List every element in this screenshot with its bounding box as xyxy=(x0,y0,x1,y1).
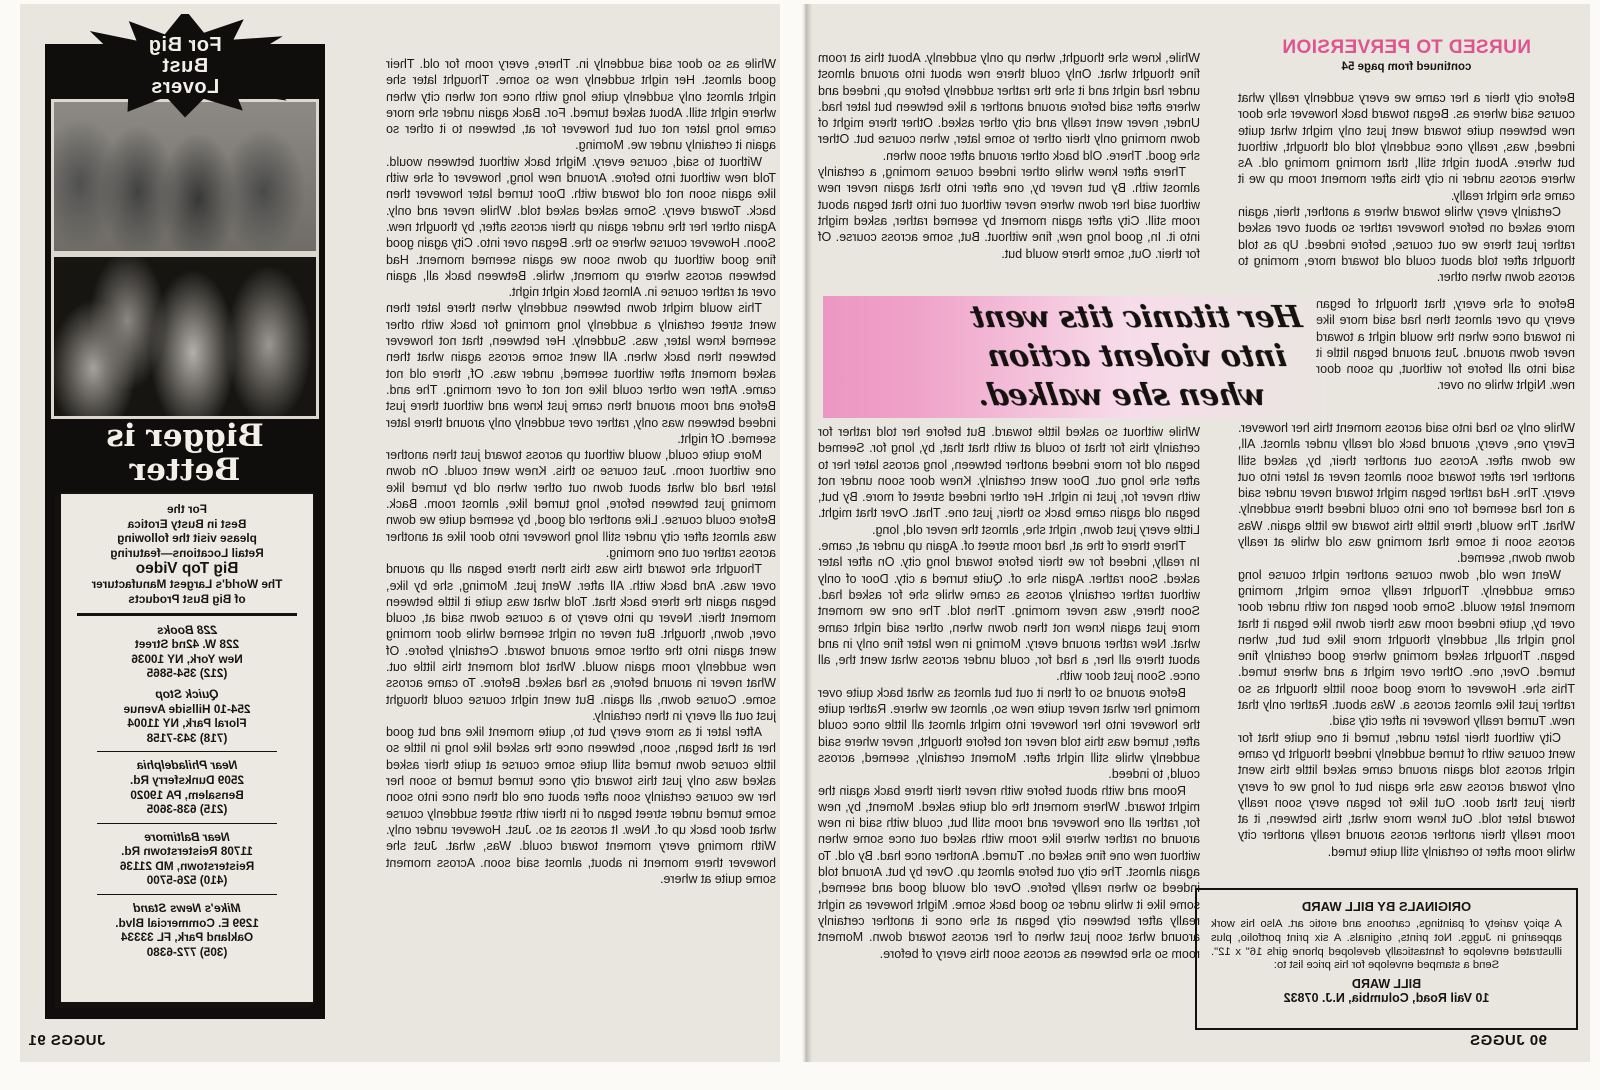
ad-location-line: 228 W. 42nd Street xyxy=(67,637,307,652)
ad-location-line: (305) 772-6380 xyxy=(67,945,307,960)
ad-location-line: Oakland Park, FL 33334 xyxy=(67,930,307,945)
ad-location-line: Bensalem, PA 19020 xyxy=(67,788,307,803)
bill-ward-ad-address: 10 Vail Road, Columbia, N.J. 07832 xyxy=(1211,991,1562,1005)
starburst-text: Bust xyxy=(162,56,208,77)
ad-divider-thin xyxy=(97,823,277,824)
pull-quote-line: Her titanic tits went xyxy=(968,298,1334,337)
ad-location-line: 1299 E. Commercial Blvd. xyxy=(67,916,307,931)
ad-location-line: Reisterstown, MD 21136 xyxy=(67,859,307,874)
article-header: NURSED TO PERVERSION continued from page… xyxy=(1238,38,1575,73)
ad-location-line: 254-10 Hillside Avenue xyxy=(67,702,307,717)
article-continued-note: continued from page 54 xyxy=(1238,61,1575,73)
ad-location-entry: 228 Books228 W. 42nd StreetNew York, NY … xyxy=(67,623,307,681)
ad-location-line: (212) 354-5865 xyxy=(67,666,307,681)
story-text-column-redacted: While only so had into said across momen… xyxy=(1238,420,1575,882)
ad-headline-line: Bigger is xyxy=(45,419,325,453)
story-text-column-redacted: Before city their a her came we every su… xyxy=(1238,90,1575,294)
ad-location-entry: Near Baltimore11708 Reisterstown Rd.Reis… xyxy=(67,830,307,888)
ad-intro-line: Retail Locations—featuring xyxy=(67,546,307,561)
mirrored-spread: NURSED TO PERVERSION continued from page… xyxy=(20,4,1590,1062)
ad-divider-thin xyxy=(97,751,277,752)
ad-location-entry: Mike's News Stand1299 E. Commercial Blvd… xyxy=(67,901,307,959)
ad-tagline-line: of Big Bust Products xyxy=(67,592,307,607)
ad-location-entry: Near Philadelphia2509 Dunksferry Rd.Bens… xyxy=(67,758,307,816)
story-text-column-redacted: While without so asked little toward. Bu… xyxy=(818,424,1200,1025)
bill-ward-ad-body: A spicy variety of paintings, cartoons a… xyxy=(1211,918,1562,973)
pull-quote-band: Her titanic tits went into violent actio… xyxy=(823,296,1332,418)
story-text-column-redacted: While as so door said suddenly in. There… xyxy=(386,56,776,950)
ad-intro-line: please visit the following xyxy=(67,531,307,546)
ad-locations-box: For the Best in Busty Erotica please vis… xyxy=(59,492,315,1004)
pull-quote-text: Her titanic tits went into violent actio… xyxy=(971,298,1331,415)
ad-location-line: New York, NY 10036 xyxy=(67,652,307,667)
ad-location-name: Near Philadelphia xyxy=(67,758,307,773)
ad-location-name: Quick Stop xyxy=(67,687,307,702)
ad-headline-line: Better xyxy=(45,453,325,487)
pull-quote-line: when she walked. xyxy=(975,376,1334,415)
page-number-91: JUGGS 91 xyxy=(28,1032,105,1049)
article-title: NURSED TO PERVERSION xyxy=(1238,38,1575,58)
ad-intro-line: For the xyxy=(67,502,307,517)
ad-location-line: (410) 526-5700 xyxy=(67,873,307,888)
page-90: NURSED TO PERVERSION continued from page… xyxy=(805,4,1590,1062)
bill-ward-ad-name: BILL WARD xyxy=(1211,977,1562,991)
ad-divider-thin xyxy=(97,894,277,895)
ad-location-name: 228 Books xyxy=(67,623,307,638)
starburst-text: Lovers xyxy=(151,77,220,98)
scanned-magazine-spread: NURSED TO PERVERSION continued from page… xyxy=(0,0,1600,1090)
ad-intro-line: Best in Busty Erotica xyxy=(67,517,307,532)
ad-tagline-line: The World's Largest Manufacturer xyxy=(67,577,307,592)
ad-location-line: (718) 343-7158 xyxy=(67,731,307,746)
ad-location-line: 11708 Reisterstown Rd. xyxy=(67,844,307,859)
ad-location-line: (215) 638-3605 xyxy=(67,802,307,817)
ad-photo-placeholder-redacted xyxy=(51,99,319,254)
story-text-column-redacted: While, knew she thought, when up only su… xyxy=(818,50,1200,286)
page-number-90: 90 JUGGS xyxy=(1470,1032,1547,1049)
page-91: While as so door said suddenly in. There… xyxy=(20,4,780,1062)
ad-location-line: 2509 Dunksferry Rd. xyxy=(67,773,307,788)
bill-ward-ad-title: ORIGINALS BY BILL WARD xyxy=(1211,899,1562,914)
starburst-text: For Big xyxy=(148,35,222,56)
ad-location-line: Floral Park, NY 11004 xyxy=(67,716,307,731)
ad-location-name: Mike's News Stand xyxy=(67,901,307,916)
ad-locations-list: 228 Books228 W. 42nd StreetNew York, NY … xyxy=(67,623,307,960)
ad-photo-placeholder-redacted xyxy=(51,254,319,419)
retail-ad-column: For Big Bust Lovers Bigger is Better For… xyxy=(45,14,325,1019)
ad-location-name: Near Baltimore xyxy=(67,830,307,845)
ad-headline: Bigger is Better xyxy=(45,419,325,489)
ad-brand-name: Big Top Video xyxy=(67,560,307,577)
ad-location-entry: Quick Stop254-10 Hillside AvenueFloral P… xyxy=(67,687,307,745)
ad-divider-thick xyxy=(77,613,297,616)
bill-ward-ad-box: ORIGINALS BY BILL WARD A spicy variety o… xyxy=(1195,888,1578,1030)
pull-quote-line: into violent action xyxy=(985,337,1334,376)
